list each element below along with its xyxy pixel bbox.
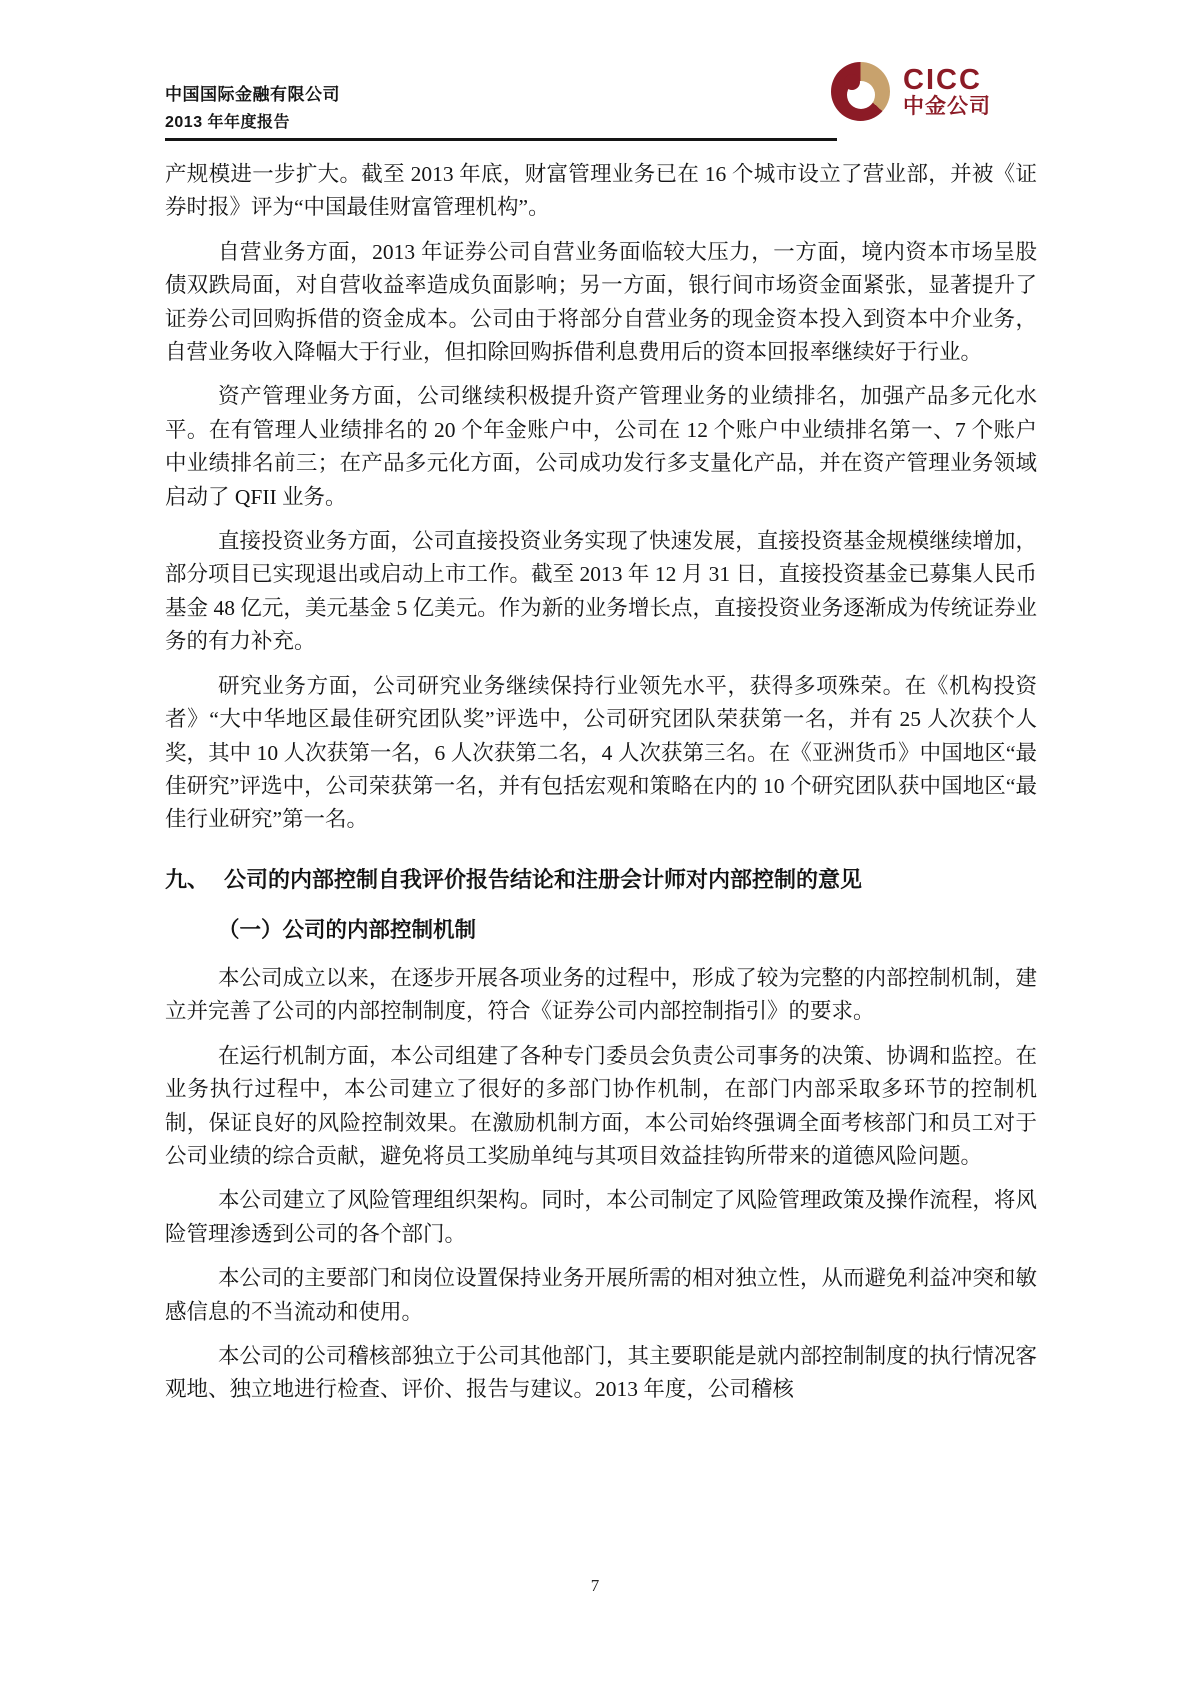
section-number: 九、 (165, 863, 209, 896)
section-paragraph-5: 本公司的公司稽核部独立于公司其他部门，其主要职能是就内部控制制度的执行情况客观地… (165, 1340, 1037, 1407)
page-header: 中国国际金融有限公司 2013 年年度报告 CICC 中金公司 (165, 84, 1037, 141)
document-page: 中国国际金融有限公司 2013 年年度报告 CICC 中金公司 产规模进一步扩大… (0, 0, 1190, 1684)
intro-paragraph-3: 资产管理业务方面，公司继续积极提升资产管理业务的业绩排名，加强产品多元化水平。在… (165, 380, 1037, 514)
section-heading: 九、 公司的内部控制自我评价报告结论和注册会计师对内部控制的意见 (165, 863, 1037, 896)
logo-text-cn: 中金公司 (903, 96, 991, 117)
document-body: 产规模进一步扩大。截至 2013 年底，财富管理业务已在 16 个城市设立了营业… (165, 158, 1037, 1418)
logo-text-en: CICC (903, 66, 991, 96)
section-title: 公司的内部控制自我评价报告结论和注册会计师对内部控制的意见 (224, 863, 862, 896)
page-footer: 7 (0, 1576, 1190, 1596)
cicc-ring-logo-icon (831, 62, 890, 121)
section-paragraph-2: 在运行机制方面，本公司组建了各种专门委员会负责公司事务的决策、协调和监控。在业务… (165, 1040, 1037, 1174)
page-number: 7 (591, 1576, 600, 1595)
cicc-logo-text: CICC 中金公司 (903, 66, 991, 117)
section-paragraph-1: 本公司成立以来，在逐步开展各项业务的过程中，形成了较为完整的内部控制机制，建立并… (165, 962, 1037, 1029)
intro-paragraph-5: 研究业务方面，公司研究业务继续保持行业领先水平，获得多项殊荣。在《机构投资者》“… (165, 670, 1037, 837)
section-paragraph-4: 本公司的主要部门和岗位设置保持业务开展所需的相对独立性，从而避免利益冲突和敏感信… (165, 1262, 1037, 1329)
header-divider (165, 138, 837, 141)
section-paragraph-3: 本公司建立了风险管理组织架构。同时，本公司制定了风险管理政策及操作流程，将风险管… (165, 1184, 1037, 1251)
cicc-logo: CICC 中金公司 (825, 62, 991, 121)
intro-paragraph-2: 自营业务方面，2013 年证券公司自营业务面临较大压力，一方面，境内资本市场呈股… (165, 236, 1037, 370)
subsection-heading: （一）公司的内部控制机制 (218, 914, 1037, 946)
intro-paragraph-1: 产规模进一步扩大。截至 2013 年底，财富管理业务已在 16 个城市设立了营业… (165, 158, 1037, 225)
intro-paragraph-4: 直接投资业务方面，公司直接投资业务实现了快速发展，直接投资基金规模继续增加，部分… (165, 525, 1037, 659)
